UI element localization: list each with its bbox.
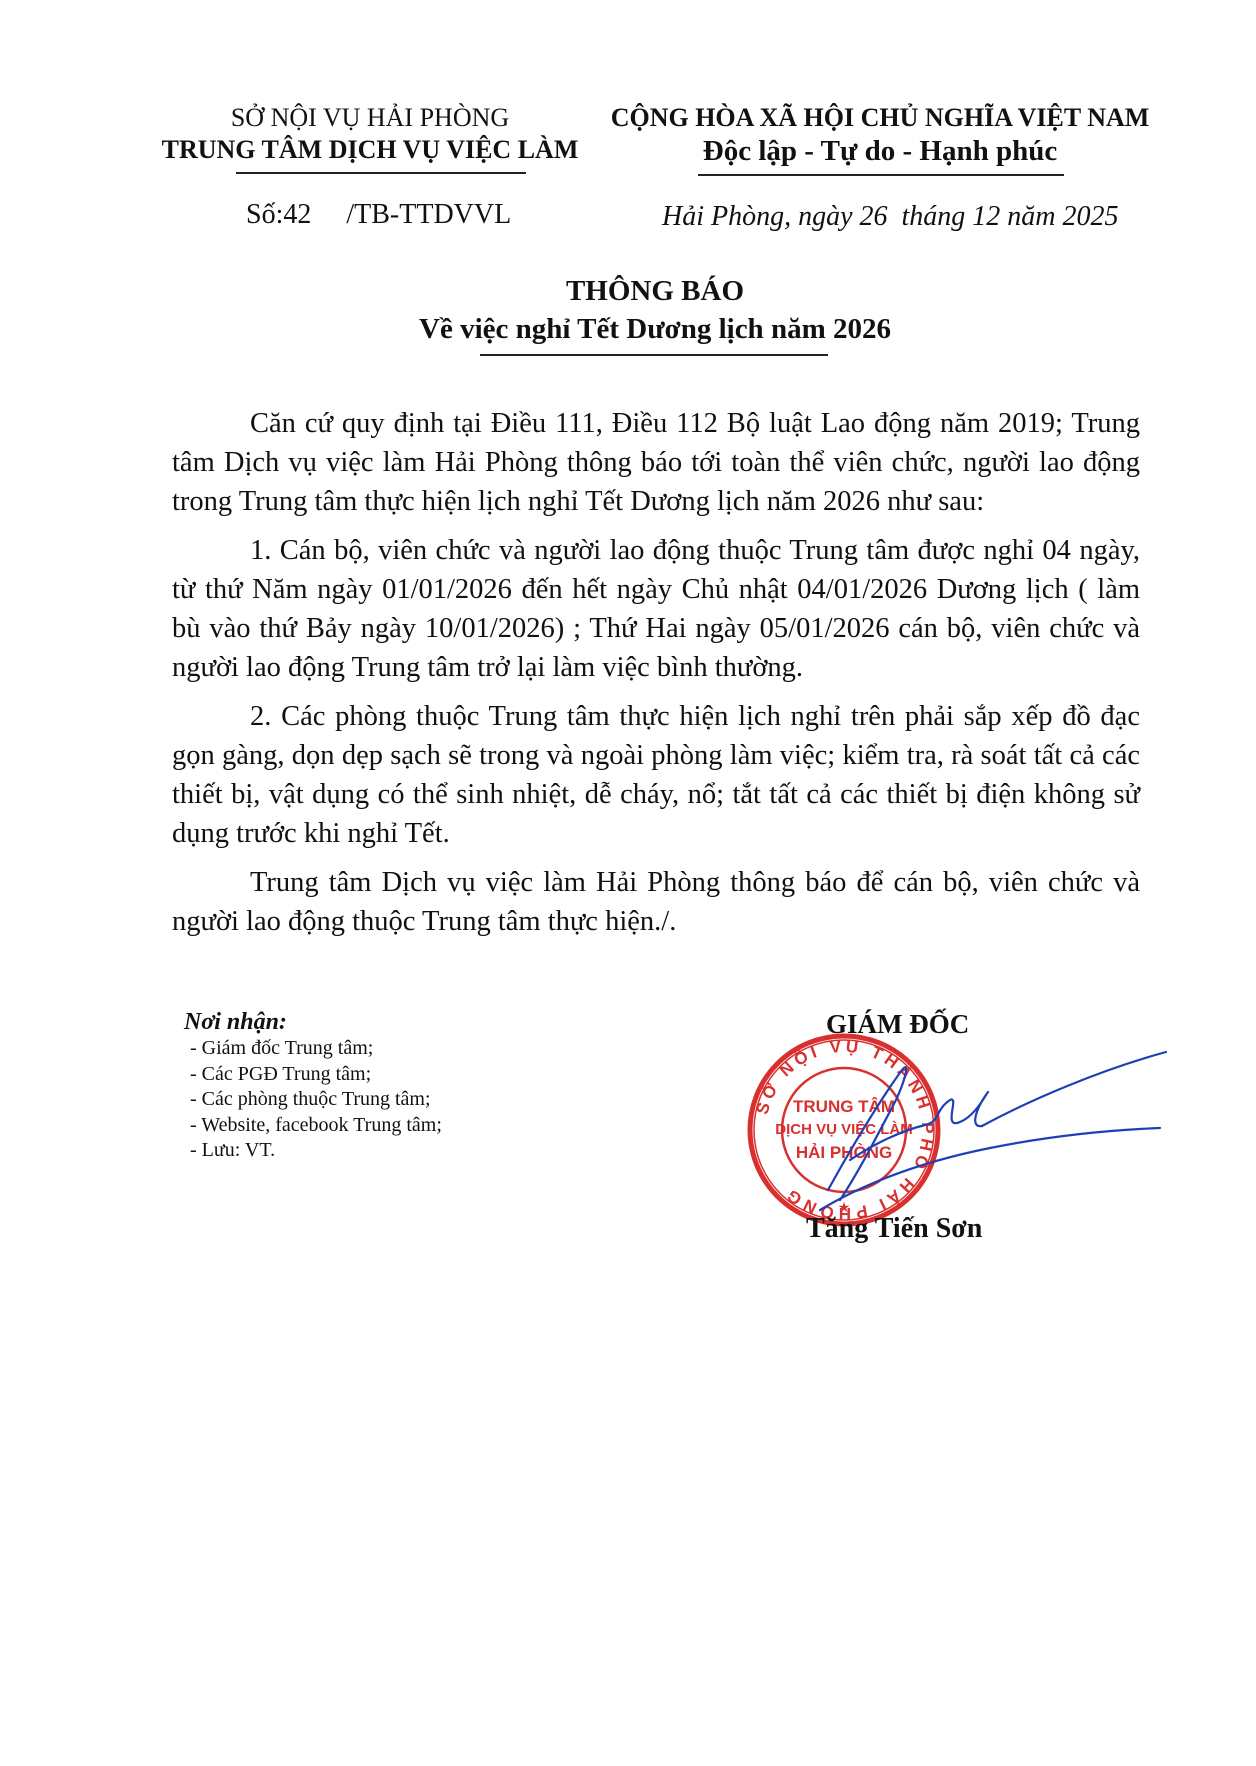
recipients-block: Nơi nhận: - Giám đốc Trung tâm; - Các PG… xyxy=(184,1008,442,1164)
national-motto: Độc lập - Tự do - Hạnh phúc xyxy=(600,134,1160,168)
body-paragraph-preamble: Căn cứ quy định tại Điều 111, Điều 112 B… xyxy=(172,404,1140,521)
motto-underline xyxy=(698,174,1064,176)
subject-underline xyxy=(480,354,828,356)
parent-agency: SỞ NỘI VỤ HẢI PHÒNG xyxy=(150,102,590,134)
document-body: Căn cứ quy định tại Điều 111, Điều 112 B… xyxy=(172,404,1140,951)
body-paragraph-item-1: 1. Cán bộ, viên chức và người lao động t… xyxy=(172,531,1140,687)
agency-underline xyxy=(236,172,526,174)
recipient-item: - Lưu: VT. xyxy=(190,1138,442,1164)
document-number: Số:42 /TB-TTDVVL xyxy=(246,198,511,232)
recipients-list: - Giám đốc Trung tâm; - Các PGĐ Trung tâ… xyxy=(184,1036,442,1164)
document-page: SỞ NỘI VỤ HẢI PHÒNG TRUNG TÂM DỊCH VỤ VI… xyxy=(0,0,1256,1766)
recipient-item: - Các PGĐ Trung tâm; xyxy=(190,1062,442,1088)
recipients-title: Nơi nhận: xyxy=(184,1008,442,1036)
recipient-item: - Các phòng thuộc Trung tâm; xyxy=(190,1087,442,1113)
signer-name: Tăng Tiến Sơn xyxy=(806,1212,982,1246)
document-subject: Về việc nghỉ Tết Dương lịch năm 2026 xyxy=(150,310,1160,348)
issuing-agency-block: SỞ NỘI VỤ HẢI PHÒNG TRUNG TÂM DỊCH VỤ VI… xyxy=(150,102,590,166)
document-title-block: THÔNG BÁO Về việc nghỉ Tết Dương lịch nă… xyxy=(150,272,1160,348)
recipient-item: - Website, facebook Trung tâm; xyxy=(190,1113,442,1139)
national-title: CỘNG HÒA XÃ HỘI CHỦ NGHĨA VIỆT NAM xyxy=(600,102,1160,134)
body-paragraph-item-2: 2. Các phòng thuộc Trung tâm thực hiện l… xyxy=(172,697,1140,853)
national-header-block: CỘNG HÒA XÃ HỘI CHỦ NGHĨA VIỆT NAM Độc l… xyxy=(600,102,1160,168)
recipient-item: - Giám đốc Trung tâm; xyxy=(190,1036,442,1062)
document-type: THÔNG BÁO xyxy=(150,272,1160,310)
body-paragraph-closing: Trung tâm Dịch vụ việc làm Hải Phòng thô… xyxy=(172,863,1140,941)
issuing-agency: TRUNG TÂM DỊCH VỤ VIỆC LÀM xyxy=(150,134,590,166)
place-and-date: Hải Phòng, ngày 26 tháng 12 năm 2025 xyxy=(662,200,1119,234)
handwritten-signature-icon xyxy=(810,1030,1170,1220)
